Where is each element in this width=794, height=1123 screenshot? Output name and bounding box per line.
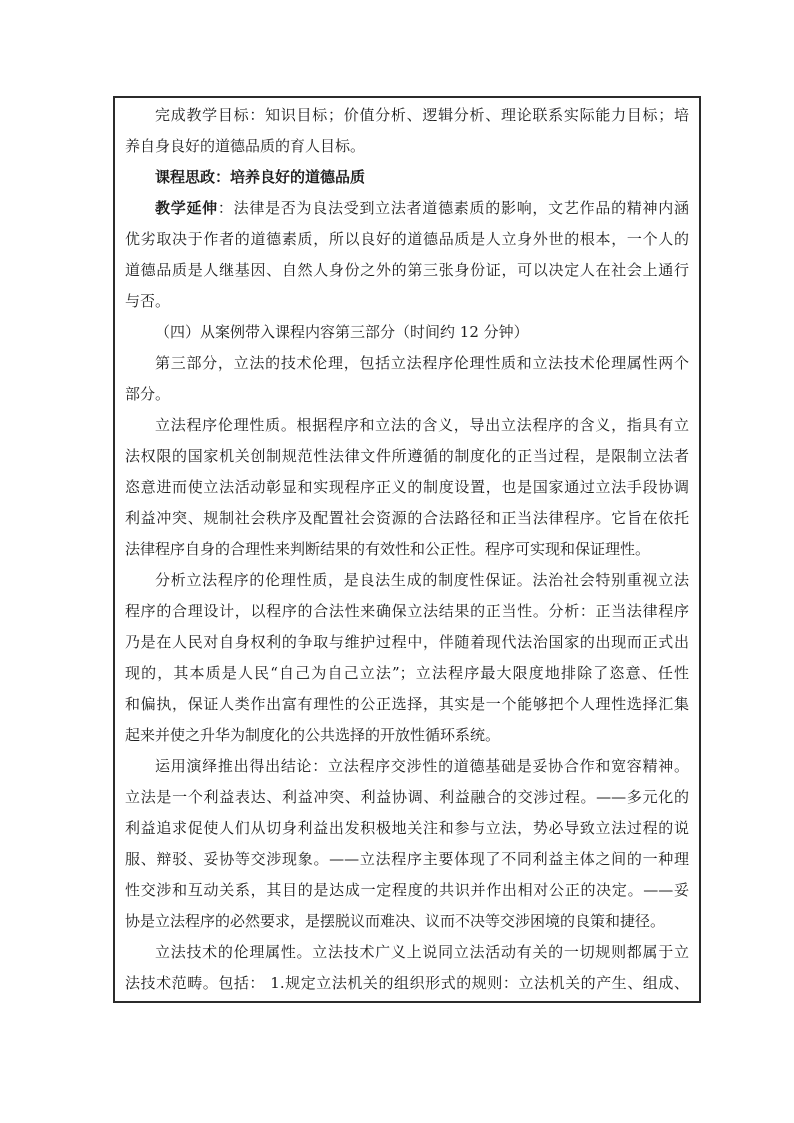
text-line: 与否。 xyxy=(125,286,689,317)
text-run: 现的，其本质是人民“自己为自己立法”；立法程序最大限度地排除了恣意、任性 xyxy=(125,664,689,682)
text-run: 与否。 xyxy=(125,292,170,310)
text-line: 利益追求促使人们从切身利益出发积极地关注和参与立法，势必导致立法过程的说 xyxy=(125,813,689,844)
text-run: 养自身良好的道德品质的育人目标。 xyxy=(125,137,365,155)
paragraph: （四）从案例带入课程内容第三部分（时间约 12 分钟） xyxy=(125,317,689,348)
text-line: 道德品质是人继基因、自然人身份之外的第三张身份证，可以决定人在社会上通行 xyxy=(125,255,689,286)
text-line: 程序的合理设计，以程序的合法性来确保立法结果的正当性。分析：正当法律程序 xyxy=(125,596,689,627)
text-run: 服、辩驳、妥协等交涉现象。——立法程序主要体现了不同利益主体之间的一种理 xyxy=(125,850,689,868)
text-run: 立法是一个利益表达、利益冲突、利益协调、利益融合的交涉过程。——多元化的 xyxy=(125,788,689,806)
text-line: 立法是一个利益表达、利益冲突、利益协调、利益融合的交涉过程。——多元化的 xyxy=(125,782,689,813)
text-line: 养自身良好的道德品质的育人目标。 xyxy=(125,131,689,162)
bold-text-run: 课程思政：培养良好的道德品质 xyxy=(155,168,365,186)
text-run: 性交涉和互动关系，其目的是达成一定程度的共识并作出相对公正的决定。——妥 xyxy=(125,881,689,899)
text-line: 法律程序自身的合理性来判断结果的有效性和公正性。程序可实现和保证理性。 xyxy=(125,534,689,565)
paragraph: 完成教学目标：知识目标；价值分析、逻辑分析、理论联系实际能力目标；培养自身良好的… xyxy=(125,100,689,162)
text-line: 起来并使之升华为制度化的公共选择的开放性循环系统。 xyxy=(125,720,689,751)
text-run: 和偏执，保证人类作出富有理性的公正选择，其实是一个能够把个人理性选择汇集 xyxy=(125,695,689,713)
text-run: 分析立法程序的伦理性质，是良法生成的制度性保证。法治社会特别重视立法 xyxy=(155,571,689,589)
paragraph: 立法程序伦理性质。根据程序和立法的含义，导出立法程序的含义，指具有立法权限的国家… xyxy=(125,410,689,565)
text-run: 部分。 xyxy=(125,385,170,403)
paragraph: 课程思政：培养良好的道德品质 xyxy=(125,162,689,193)
paragraph: 立法技术的伦理属性。立法技术广义上说同立法活动有关的一切规则都属于立法技术范畴。… xyxy=(125,937,689,999)
text-line: 立法程序伦理性质。根据程序和立法的含义，导出立法程序的含义，指具有立 xyxy=(125,410,689,441)
paragraph: 教学延伸：法律是否为良法受到立法者道德素质的影响，文艺作品的精神内涵优劣取决于作… xyxy=(125,193,689,317)
paragraph: 第三部分，立法的技术伦理，包括立法程序伦理性质和立法技术伦理属性两个部分。 xyxy=(125,348,689,410)
text-run: 利益追求促使人们从切身利益出发积极地关注和参与立法，势必导致立法过程的说 xyxy=(125,819,689,837)
text-run: 完成教学目标：知识目标；价值分析、逻辑分析、理论联系实际能力目标；培 xyxy=(155,106,689,124)
text-run: ：法律是否为良法受到立法者道德素质的影响，文艺作品的精神内涵 xyxy=(218,199,689,217)
paragraph: 运用演绎推出得出结论：立法程序交涉性的道德基础是妥协合作和宽容精神。立法是一个利… xyxy=(125,751,689,937)
text-run: 起来并使之升华为制度化的公共选择的开放性循环系统。 xyxy=(125,726,500,744)
paragraph: 分析立法程序的伦理性质，是良法生成的制度性保证。法治社会特别重视立法程序的合理设… xyxy=(125,565,689,751)
text-run: 法技术范畴。包括： 1.规定立法机关的组织形式的规则：立法机关的产生、组成、 xyxy=(125,974,689,992)
text-line: 优劣取决于作者的道德素质，所以良好的道德品质是人立身外世的根本，一个人的 xyxy=(125,224,689,255)
text-run: 第三部分，立法的技术伦理，包括立法程序伦理性质和立法技术伦理属性两个 xyxy=(155,354,689,372)
text-run: 协是立法程序的必然要求，是摆脱议而难决、议而不决等交涉困境的良策和捷径。 xyxy=(125,912,665,930)
text-line: 分析立法程序的伦理性质，是良法生成的制度性保证。法治社会特别重视立法 xyxy=(125,565,689,596)
text-line: 现的，其本质是人民“自己为自己立法”；立法程序最大限度地排除了恣意、任性 xyxy=(125,658,689,689)
text-line: 教学延伸：法律是否为良法受到立法者道德素质的影响，文艺作品的精神内涵 xyxy=(125,193,689,224)
text-line: 服、辩驳、妥协等交涉现象。——立法程序主要体现了不同利益主体之间的一种理 xyxy=(125,844,689,875)
text-run: 道德品质是人继基因、自然人身份之外的第三张身份证，可以决定人在社会上通行 xyxy=(125,261,689,279)
document-body: 完成教学目标：知识目标；价值分析、逻辑分析、理论联系实际能力目标；培养自身良好的… xyxy=(125,100,689,999)
text-run: 立法技术的伦理属性。立法技术广义上说同立法活动有关的一切规则都属于立 xyxy=(155,943,689,961)
text-line: （四）从案例带入课程内容第三部分（时间约 12 分钟） xyxy=(125,317,689,348)
text-line: 完成教学目标：知识目标；价值分析、逻辑分析、理论联系实际能力目标；培 xyxy=(125,100,689,131)
text-run: 乃是在人民对自身权利的争取与维护过程中，伴随着现代法治国家的出现而正式出 xyxy=(125,633,689,651)
text-run: 运用演绎推出得出结论：立法程序交涉性的道德基础是妥协合作和宽容精神。 xyxy=(155,757,689,775)
text-line: 协是立法程序的必然要求，是摆脱议而难决、议而不决等交涉困境的良策和捷径。 xyxy=(125,906,689,937)
text-run: 利益冲突、规制社会秩序及配置社会资源的合法路径和正当法律程序。它旨在依托 xyxy=(125,509,689,527)
text-line: 乃是在人民对自身权利的争取与维护过程中，伴随着现代法治国家的出现而正式出 xyxy=(125,627,689,658)
text-run: 法律程序自身的合理性来判断结果的有效性和公正性。程序可实现和保证理性。 xyxy=(125,540,650,558)
text-run: （四）从案例带入课程内容第三部分（时间约 12 分钟） xyxy=(155,323,529,341)
text-line: 和偏执，保证人类作出富有理性的公正选择，其实是一个能够把个人理性选择汇集 xyxy=(125,689,689,720)
bold-text-run: 教学延伸 xyxy=(155,199,218,217)
text-run: 优劣取决于作者的道德素质，所以良好的道德品质是人立身外世的根本，一个人的 xyxy=(125,230,689,248)
text-line: 运用演绎推出得出结论：立法程序交涉性的道德基础是妥协合作和宽容精神。 xyxy=(125,751,689,782)
text-line: 恣意进而使立法活动彰显和实现程序正义的制度设置，也是国家通过立法手段协调 xyxy=(125,472,689,503)
text-run: 法权限的国家机关创制规范性法律文件所遵循的制度化的正当过程，是限制立法者 xyxy=(125,447,689,465)
text-line: 立法技术的伦理属性。立法技术广义上说同立法活动有关的一切规则都属于立 xyxy=(125,937,689,968)
text-line: 利益冲突、规制社会秩序及配置社会资源的合法路径和正当法律程序。它旨在依托 xyxy=(125,503,689,534)
document-page: 完成教学目标：知识目标；价值分析、逻辑分析、理论联系实际能力目标；培养自身良好的… xyxy=(0,0,794,1123)
text-line: 法权限的国家机关创制规范性法律文件所遵循的制度化的正当过程，是限制立法者 xyxy=(125,441,689,472)
text-run: 立法程序伦理性质。根据程序和立法的含义，导出立法程序的含义，指具有立 xyxy=(155,416,689,434)
text-run: 程序的合理设计，以程序的合法性来确保立法结果的正当性。分析：正当法律程序 xyxy=(125,602,689,620)
table-cell-border: 完成教学目标：知识目标；价值分析、逻辑分析、理论联系实际能力目标；培养自身良好的… xyxy=(113,96,701,1003)
text-line: 第三部分，立法的技术伦理，包括立法程序伦理性质和立法技术伦理属性两个 xyxy=(125,348,689,379)
text-run: 恣意进而使立法活动彰显和实现程序正义的制度设置，也是国家通过立法手段协调 xyxy=(125,478,689,496)
text-line: 性交涉和互动关系，其目的是达成一定程度的共识并作出相对公正的决定。——妥 xyxy=(125,875,689,906)
text-line: 部分。 xyxy=(125,379,689,410)
text-line: 课程思政：培养良好的道德品质 xyxy=(125,162,689,193)
text-line: 法技术范畴。包括： 1.规定立法机关的组织形式的规则：立法机关的产生、组成、 xyxy=(125,968,689,999)
